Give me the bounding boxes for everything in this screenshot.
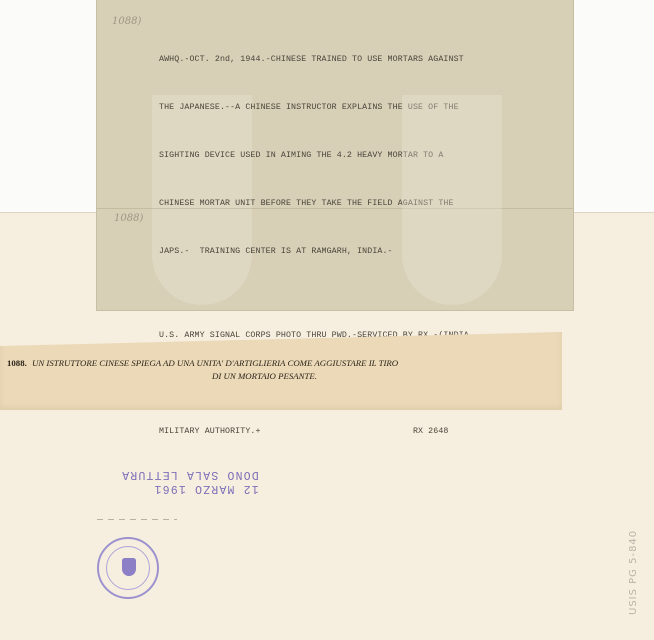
donation-stamp: 12 MARZO 1961 DONO SALA LETTURA — [121, 467, 259, 495]
caption-line: THE JAPANESE.--A CHINESE INSTRUCTOR EXPL… — [159, 100, 559, 116]
typed-caption-slip: 1088) 1088) AWHQ.-OCT. 2nd, 1944.-CHINES… — [97, 0, 573, 310]
margin-pencil-note: USIS PG 5-840 — [628, 530, 639, 615]
faint-mark — [97, 519, 177, 520]
italian-caption: 1088. UN ISTRUTTORE CINESE SPIEGA AD UNA… — [7, 357, 562, 383]
caption-number: 1088. — [7, 358, 27, 368]
stamp-line-2: 12 MARZO 1961 — [153, 482, 258, 495]
caption-line: CHINESE MORTAR UNIT BEFORE THEY TAKE THE… — [159, 196, 559, 212]
caption-line: JAPS.- TRAINING CENTER IS AT RAMGARH, IN… — [159, 244, 559, 260]
pencil-number-mid: 1088) — [114, 213, 143, 224]
caption-line-2: DI UN MORTAIO PESANTE. — [7, 370, 562, 383]
caption-line: AWHQ.-OCT. 2nd, 1944.-CHINESE TRAINED TO… — [159, 52, 559, 68]
library-seal-icon — [97, 537, 159, 599]
stamp-line-1: DONO SALA LETTURA — [121, 468, 259, 481]
credit-line: MILITARY AUTHORITY.+ RX 2648 — [159, 424, 559, 440]
shield-icon — [122, 558, 136, 576]
pencil-number-top: 1088) — [112, 16, 141, 27]
caption-line-1: UN ISTRUTTORE CINESE SPIEGA AD UNA UNITA… — [32, 358, 398, 368]
caption-line: SIGHTING DEVICE USED IN AIMING THE 4.2 H… — [159, 148, 559, 164]
